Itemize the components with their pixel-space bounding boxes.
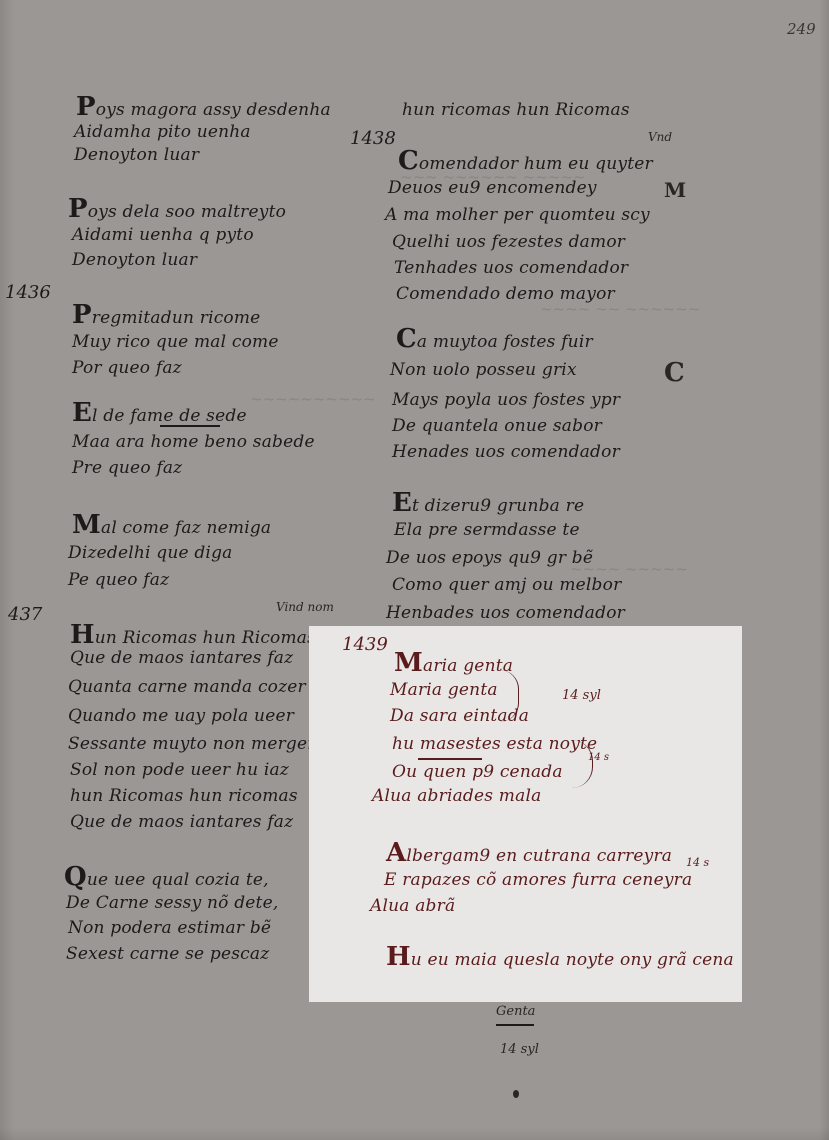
- verse-line: Mal come faz nemiga: [72, 510, 271, 540]
- verse-line: Quelhi uos fezestes damor: [392, 232, 625, 252]
- poem-number: 1436: [5, 282, 51, 303]
- poem-number: 437: [8, 604, 42, 625]
- verse-line: Que de maos iantares faz: [70, 648, 293, 668]
- margin-mark: M: [664, 178, 686, 202]
- verse-line: E rapazes cõ amores furra ceneyra: [384, 870, 692, 890]
- footer-title: Genta: [496, 1004, 535, 1019]
- verse-line: Tenhades uos comendador: [394, 258, 628, 278]
- verse-line: hu masestes esta noyte: [392, 734, 597, 754]
- verse-line: Henbades uos comendador: [386, 603, 625, 623]
- poem-number: 1439: [342, 634, 388, 655]
- margin-mark: C: [664, 358, 685, 388]
- verse-line: Hu eu maia quesla noyte ony grã cena: [386, 942, 734, 972]
- verse-line: Pregmitadun ricome: [72, 300, 260, 330]
- verse-line: Como quer amj ou melbor: [392, 575, 621, 595]
- verse-line: Pre queo faz: [72, 458, 182, 478]
- syllable-count-note: 14 s: [588, 752, 609, 763]
- verse-line: Poys dela soo maltreyto: [68, 194, 286, 224]
- verse-line: Mays poyla uos fostes ypr: [392, 390, 620, 410]
- verse-line: Alua abriades mala: [372, 786, 541, 806]
- verse-line: hun ricomas hun Ricomas: [402, 100, 630, 120]
- verse-line: Maria genta: [390, 680, 498, 700]
- folio-number: 249: [787, 20, 816, 38]
- verse-line: Albergam9 en cutrana carreyra: [386, 838, 672, 868]
- verse-line: Comendado demo mayor: [396, 284, 615, 304]
- footer-syllables: 14 syl: [500, 1042, 539, 1057]
- verse-line: Que uee qual cozia te,: [64, 862, 269, 892]
- verse-line: Aidami uenha q pyto: [72, 225, 254, 245]
- underline-mark: [160, 425, 220, 427]
- underline-mark: [418, 758, 482, 760]
- syllable-count-note: 14 s: [686, 856, 709, 869]
- verse-line: Poys magora assy desdenha: [76, 92, 331, 122]
- margin-note: Vnd: [648, 130, 672, 144]
- verse-line: Ca muytoa fostes fuir: [396, 324, 593, 354]
- verse-line: Non podera estimar bẽ: [68, 918, 271, 938]
- verse-line: Denoyton luar: [74, 145, 199, 165]
- verse-line: Maria genta: [394, 648, 513, 678]
- verse-line: Ela pre sermdasse te: [394, 520, 580, 540]
- verse-line: Non uolo posseu grix: [390, 360, 577, 380]
- verse-line: Hun Ricomas hun Ricomas: [70, 620, 316, 650]
- verse-line: Pe queo faz: [68, 570, 169, 590]
- verse-line: Muy rico que mal come: [72, 332, 279, 352]
- verse-line: Dizedelhi que diga: [68, 543, 233, 563]
- verse-line: Ou quen p9 cenada: [392, 762, 563, 782]
- verse-line: De uos epoys qu9 gr bẽ: [386, 548, 593, 568]
- verse-line: Quando me uay pola ueer: [68, 706, 294, 726]
- ink-blot: [513, 1090, 519, 1098]
- syllable-count-note: 14 syl: [562, 688, 601, 703]
- verse-line: De quantela onue sabor: [392, 416, 602, 436]
- verse-line: Por queo faz: [72, 358, 182, 378]
- verse-line: Et dizeru9 grunba re: [392, 488, 584, 518]
- manuscript-page: ~~~ ~~~~~~ ~~~~~ ~~~~ ~~ ~~~~~~ ~~~~~~~~…: [0, 0, 829, 1140]
- verse-line: Comendador hum eu quyter: [398, 146, 653, 176]
- verse-line: De Carne sessy nõ dete,: [66, 893, 278, 913]
- bleed-through-text: ~~~~~~~~~~: [250, 390, 376, 408]
- poem-number: 1438: [350, 128, 396, 149]
- verse-line: Denoyton luar: [72, 250, 197, 270]
- verse-line: Aidamha pito uenha: [74, 122, 251, 142]
- verse-line: Sol non pode ueer hu iaz: [70, 760, 289, 780]
- verse-line: Que de maos iantares faz: [70, 812, 293, 832]
- margin-note: Vind nom: [276, 600, 334, 614]
- verse-line: hun Ricomas hun ricomas: [70, 786, 298, 806]
- verse-line: A ma molher per quomteu scy: [385, 205, 650, 225]
- verse-line: Henades uos comendador: [392, 442, 620, 462]
- verse-line: Alua abrã: [370, 896, 455, 916]
- verse-line: Deuos eu9 encomendey: [388, 178, 597, 198]
- verse-line: El de fame de sede: [72, 398, 247, 428]
- verse-line: Quanta carne manda cozer: [68, 677, 306, 697]
- verse-line: Sexest carne se pescaz: [66, 944, 269, 964]
- verse-line: Sessante muyto non merger: [68, 734, 316, 754]
- underline-mark: [496, 1024, 534, 1026]
- verse-line: Maa ara home beno sabede: [72, 432, 315, 452]
